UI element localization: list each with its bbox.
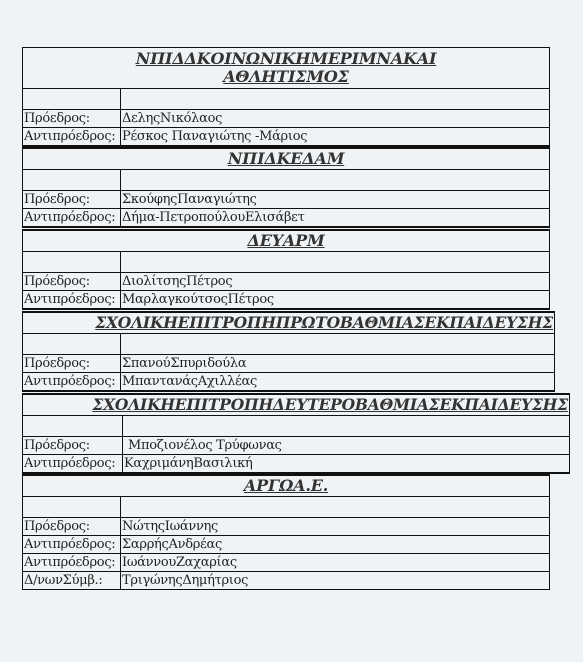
person-name: ΔιολίτσηςΠέτρος — [121, 273, 550, 291]
person-name: ΣκούφηςΠαναγιώτης — [121, 191, 550, 209]
person-name: ΜπαντανάςΑχιλλέας — [121, 373, 555, 392]
section-title: ΝΠΙΔΚΕΔΑΜ — [23, 148, 550, 170]
section-title: ΣΧΟΛΙΚΗΕΠΙΤΡΟΠΗΠΡΩΤΟΒΑΘΜΙΑΣΕΚΠΑΙΔΕΥΣΗΣ — [23, 312, 555, 334]
role-label: Αντιπρόεδρος: — [23, 554, 121, 572]
table-row: Πρόεδρος: ΝώτηςΙωάννης — [23, 518, 550, 536]
table-row: Αντιπρόεδρος: ΣαρρήςΑνδρέας — [23, 536, 550, 554]
section-npidkedam: ΝΠΙΔΚΕΔΑΜ Πρόεδρος: ΣκούφηςΠαναγιώτης Αν… — [22, 147, 550, 228]
role-label: Αντιπρόεδρος: — [23, 455, 123, 474]
table-row: Δ/νωνΣύμβ.: ΤριγώνηςΔημήτριος — [23, 572, 550, 590]
person-name: ΔεληςΝικόλαος — [121, 110, 550, 128]
role-label: Πρόεδρος: — [23, 518, 121, 536]
role-label: Πρόεδρος: — [23, 191, 121, 209]
role-label: Πρόεδρος: — [23, 355, 121, 373]
role-label: Πρόεδρος: — [23, 110, 121, 128]
table-row: Αντιπρόεδρος: Δήμα-ΠετροπούλουΕλισάβετ — [23, 209, 550, 228]
role-label: Δ/νωνΣύμβ.: — [23, 572, 121, 590]
role-label: Αντιπρόεδρος: — [23, 536, 121, 554]
table-row: Αντιπρόεδρος: ΚαχριμάνηΒασιλική — [23, 455, 570, 474]
role-label: Αντιπρόεδρος: — [23, 209, 121, 228]
person-name: ΜαρλαγκούτσοςΠέτρος — [121, 291, 550, 310]
section-title: ΝΠΙΔΔΚΟΙΝΩΝΙΚΗΜΕΡΙΜΝΑΚΑΙ ΑΘΛΗΤΙΣΜΟΣ — [23, 48, 550, 89]
person-name: Ρέσκος Παναγιώτης -Μάριος — [121, 128, 550, 147]
table-row: Πρόεδρος: ΣκούφηςΠαναγιώτης — [23, 191, 550, 209]
person-name: ΝώτηςΙωάννης — [121, 518, 550, 536]
blank-cell — [121, 334, 555, 355]
person-name: ΤριγώνηςΔημήτριος — [121, 572, 550, 590]
blank-cell — [121, 497, 550, 518]
blank-cell — [23, 252, 121, 273]
section-title: ΣΧΟΛΙΚΗΕΠΙΤΡΟΠΗΔΕΥΤΕΡΟΒΑΘΜΙΑΣΕΚΠΑΙΔΕΥΣΗΣ — [23, 394, 570, 416]
table-row: Πρόεδρος: ΣπανούΣπυριδούλα — [23, 355, 555, 373]
blank-cell — [121, 89, 550, 110]
table-row: Πρόεδρος: ΔεληςΝικόλαος — [23, 110, 550, 128]
role-label: Πρόεδρος: — [23, 437, 123, 455]
role-label: Πρόεδρος: — [23, 273, 121, 291]
section-argo-ae: ΑΡΓΩΑ.Ε. Πρόεδρος: ΝώτηςΙωάννης Αντιπρόε… — [22, 474, 550, 590]
person-name: ΣαρρήςΑνδρέας — [121, 536, 550, 554]
table-row: Αντιπρόεδρος: ΙωάννουΖαχαρίας — [23, 554, 550, 572]
table-row: Πρόεδρος: Μποζιονέλος Τρύφωνας — [23, 437, 570, 455]
blank-cell — [123, 416, 570, 437]
section-npidd-koinoniki-merimna: ΝΠΙΔΔΚΟΙΝΩΝΙΚΗΜΕΡΙΜΝΑΚΑΙ ΑΘΛΗΤΙΣΜΟΣ Πρόε… — [22, 47, 550, 147]
table-row: Αντιπρόεδρος: Ρέσκος Παναγιώτης -Μάριος — [23, 128, 550, 147]
blank-cell — [23, 334, 121, 355]
person-name: ΣπανούΣπυριδούλα — [121, 355, 555, 373]
role-label: Αντιπρόεδρος: — [23, 291, 121, 310]
blank-cell — [121, 170, 550, 191]
blank-cell — [23, 89, 121, 110]
role-label: Αντιπρόεδρος: — [23, 128, 121, 147]
section-school-committee-primary: ΣΧΟΛΙΚΗΕΠΙΤΡΟΠΗΠΡΩΤΟΒΑΘΜΙΑΣΕΚΠΑΙΔΕΥΣΗΣ Π… — [22, 311, 555, 392]
blank-cell — [23, 497, 121, 518]
section-deyarm: ΔΕΥΑΡΜ Πρόεδρος: ΔιολίτσηςΠέτρος Αντιπρό… — [22, 229, 550, 310]
table-row: Πρόεδρος: ΔιολίτσηςΠέτρος — [23, 273, 550, 291]
section-title: ΑΡΓΩΑ.Ε. — [23, 475, 550, 497]
section-title: ΔΕΥΑΡΜ — [23, 230, 550, 252]
blank-cell — [23, 416, 123, 437]
blank-cell — [23, 170, 121, 191]
table-row: Αντιπρόεδρος: ΜαρλαγκούτσοςΠέτρος — [23, 291, 550, 310]
blank-cell — [121, 252, 550, 273]
person-name: Δήμα-ΠετροπούλουΕλισάβετ — [121, 209, 550, 228]
table-row: Αντιπρόεδρος: ΜπαντανάςΑχιλλέας — [23, 373, 555, 392]
role-label: Αντιπρόεδρος: — [23, 373, 121, 392]
person-name: Μποζιονέλος Τρύφωνας — [123, 437, 570, 455]
section-school-committee-secondary: ΣΧΟΛΙΚΗΕΠΙΤΡΟΠΗΔΕΥΤΕΡΟΒΑΘΜΙΑΣΕΚΠΑΙΔΕΥΣΗΣ… — [22, 393, 570, 474]
person-name: ΚαχριμάνηΒασιλική — [123, 455, 570, 474]
person-name: ΙωάννουΖαχαρίας — [121, 554, 550, 572]
